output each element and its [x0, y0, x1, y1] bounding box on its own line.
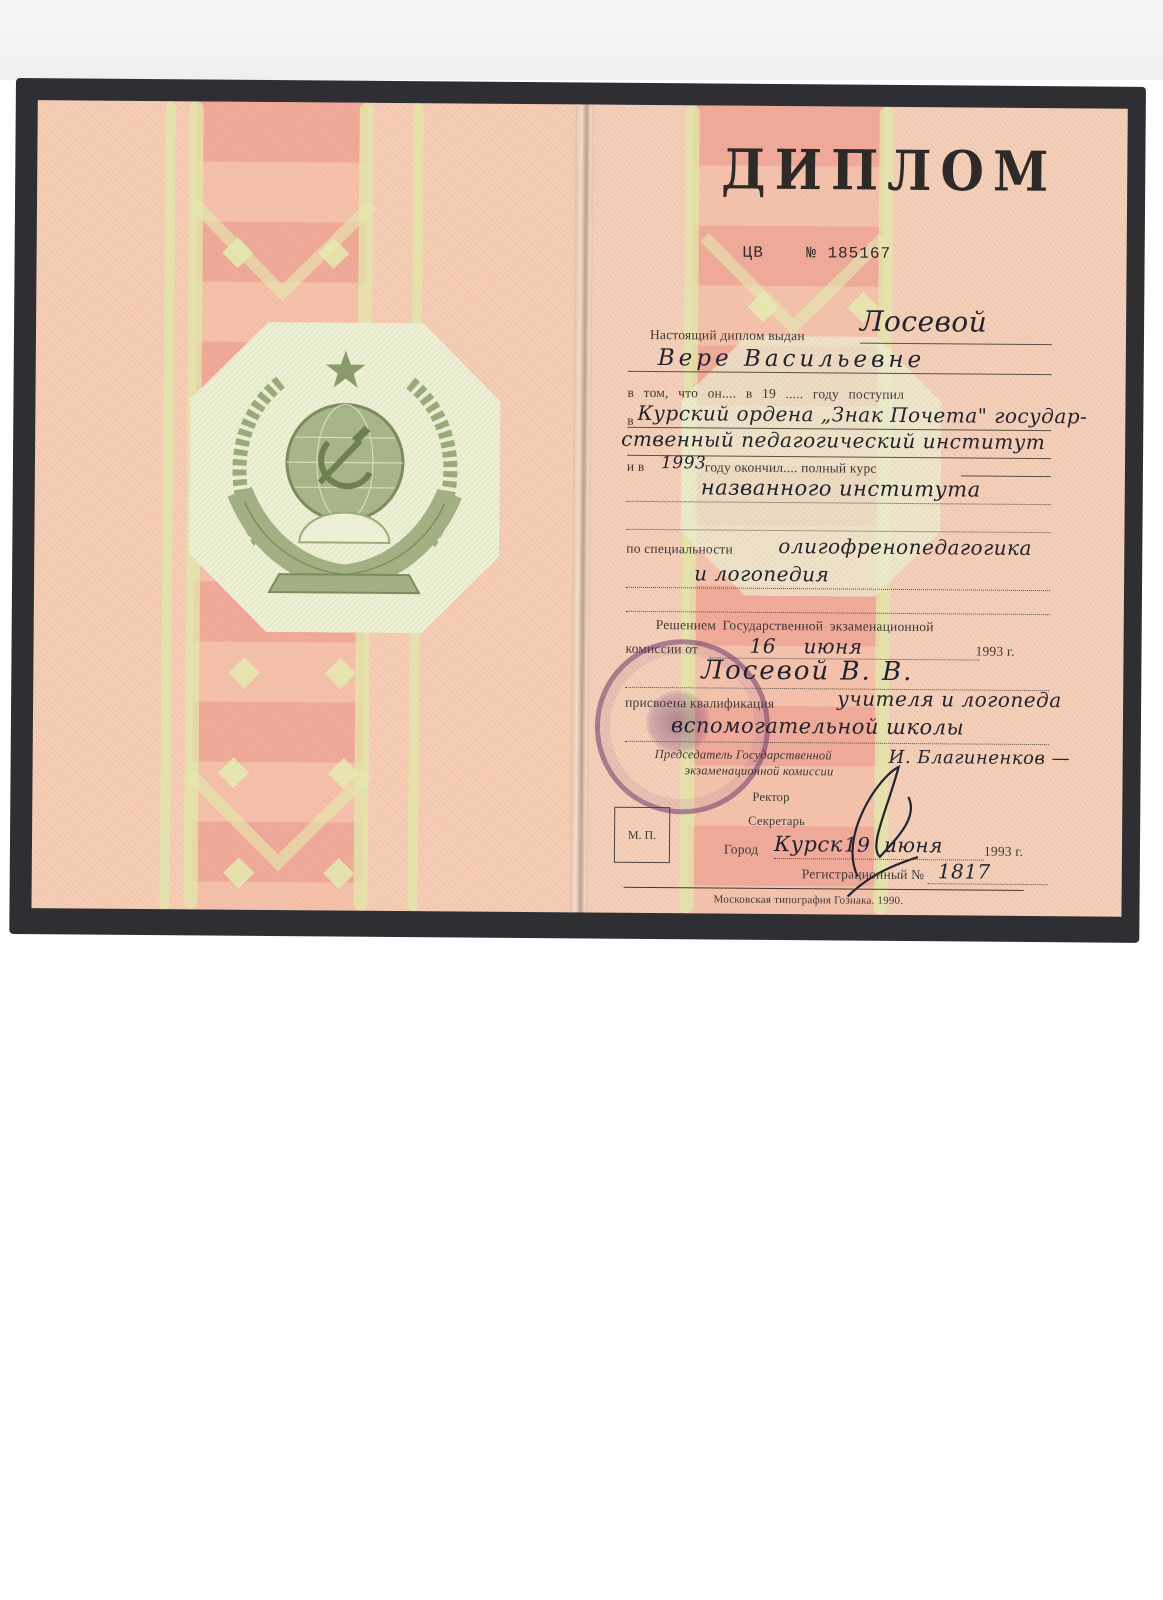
decision-day: 16 [749, 634, 776, 658]
graduated-label-b: году окончил.... полный курс [705, 459, 877, 476]
decision-year-suffix: 93 [989, 644, 1003, 659]
recipient-surname: Лосевой [860, 305, 987, 339]
guilloche-edge [159, 101, 175, 909]
dotted-underline [928, 883, 1048, 885]
diploma-number: 185167 [827, 244, 891, 262]
decision-year-unit: г. [1007, 644, 1015, 659]
graduation-year: 1993 [661, 453, 706, 473]
recipient-short-name: Лосевой В. В. [701, 655, 913, 687]
decision-month: июня [803, 634, 862, 658]
issue-year-unit: г. [1015, 844, 1023, 859]
city-name: Курск [774, 832, 843, 857]
issue-day: 19 [844, 833, 871, 857]
recipient-given-names: Вере Васильевне [658, 345, 926, 373]
issue-year-suffix: 93 [998, 844, 1012, 859]
decision-line-1: Решением Государственной экзаменационной [656, 617, 934, 635]
qualification-label: присвоена квалификация [625, 695, 774, 712]
ussr-emblem-icon [219, 342, 471, 614]
graduated-label-a: и в [627, 459, 645, 475]
rector-label: Ректор [752, 790, 789, 805]
issue-year-prefix: 19 [984, 844, 998, 859]
course-text: названного института [701, 475, 981, 501]
seal-placeholder-text: М. П. [628, 827, 656, 842]
seal-placeholder-box: М. П. [614, 807, 670, 863]
diploma-title: ДИПЛОМ [721, 137, 1058, 205]
institution-line-2: ственный педагогический институт [621, 427, 1045, 454]
left-page [31, 100, 577, 912]
right-page: ДИПЛОМ ЦВ № 185167 Настоящий диплом выда… [587, 105, 1127, 917]
institution-line-1: Курский ордена „Знак Почета" государ- [637, 401, 1087, 429]
decision-year-prefix: 19 [975, 644, 989, 659]
chairman-label-1: Председатель Государственной [655, 747, 832, 763]
secretary-label: Секретарь [748, 814, 805, 829]
qualification-line-1: учителя и логопеда [837, 686, 1062, 712]
decision-year: 1993 г. [975, 644, 1014, 660]
number-sign: № [806, 244, 817, 262]
scanner-background [0, 0, 1163, 80]
issue-year: 1993 г. [984, 844, 1023, 860]
city-label: Город [724, 842, 758, 858]
diploma-cover: ДИПЛОМ ЦВ № 185167 Настоящий диплом выда… [9, 78, 1146, 943]
issue-month: июня [884, 833, 943, 857]
specialty-label: по специальности [626, 541, 733, 558]
issued-to-label: Настоящий диплом выдан [650, 327, 805, 344]
diploma-serial: ЦВ № 185167 [743, 244, 892, 263]
specialty-line-2: и логопедия [694, 561, 829, 586]
chairman-label-2: экзаменационной комиссии [685, 763, 834, 779]
specialty-line-1: олигофренопедагогика [778, 534, 1032, 560]
qualification-line-2: вспомогательной школы [671, 713, 964, 739]
registration-label: Регистрационный № [802, 866, 925, 883]
printer-line: Московская типография Гознака. 1990. [714, 894, 904, 907]
series: ЦВ [743, 244, 764, 262]
registration-number: 1817 [938, 859, 991, 883]
